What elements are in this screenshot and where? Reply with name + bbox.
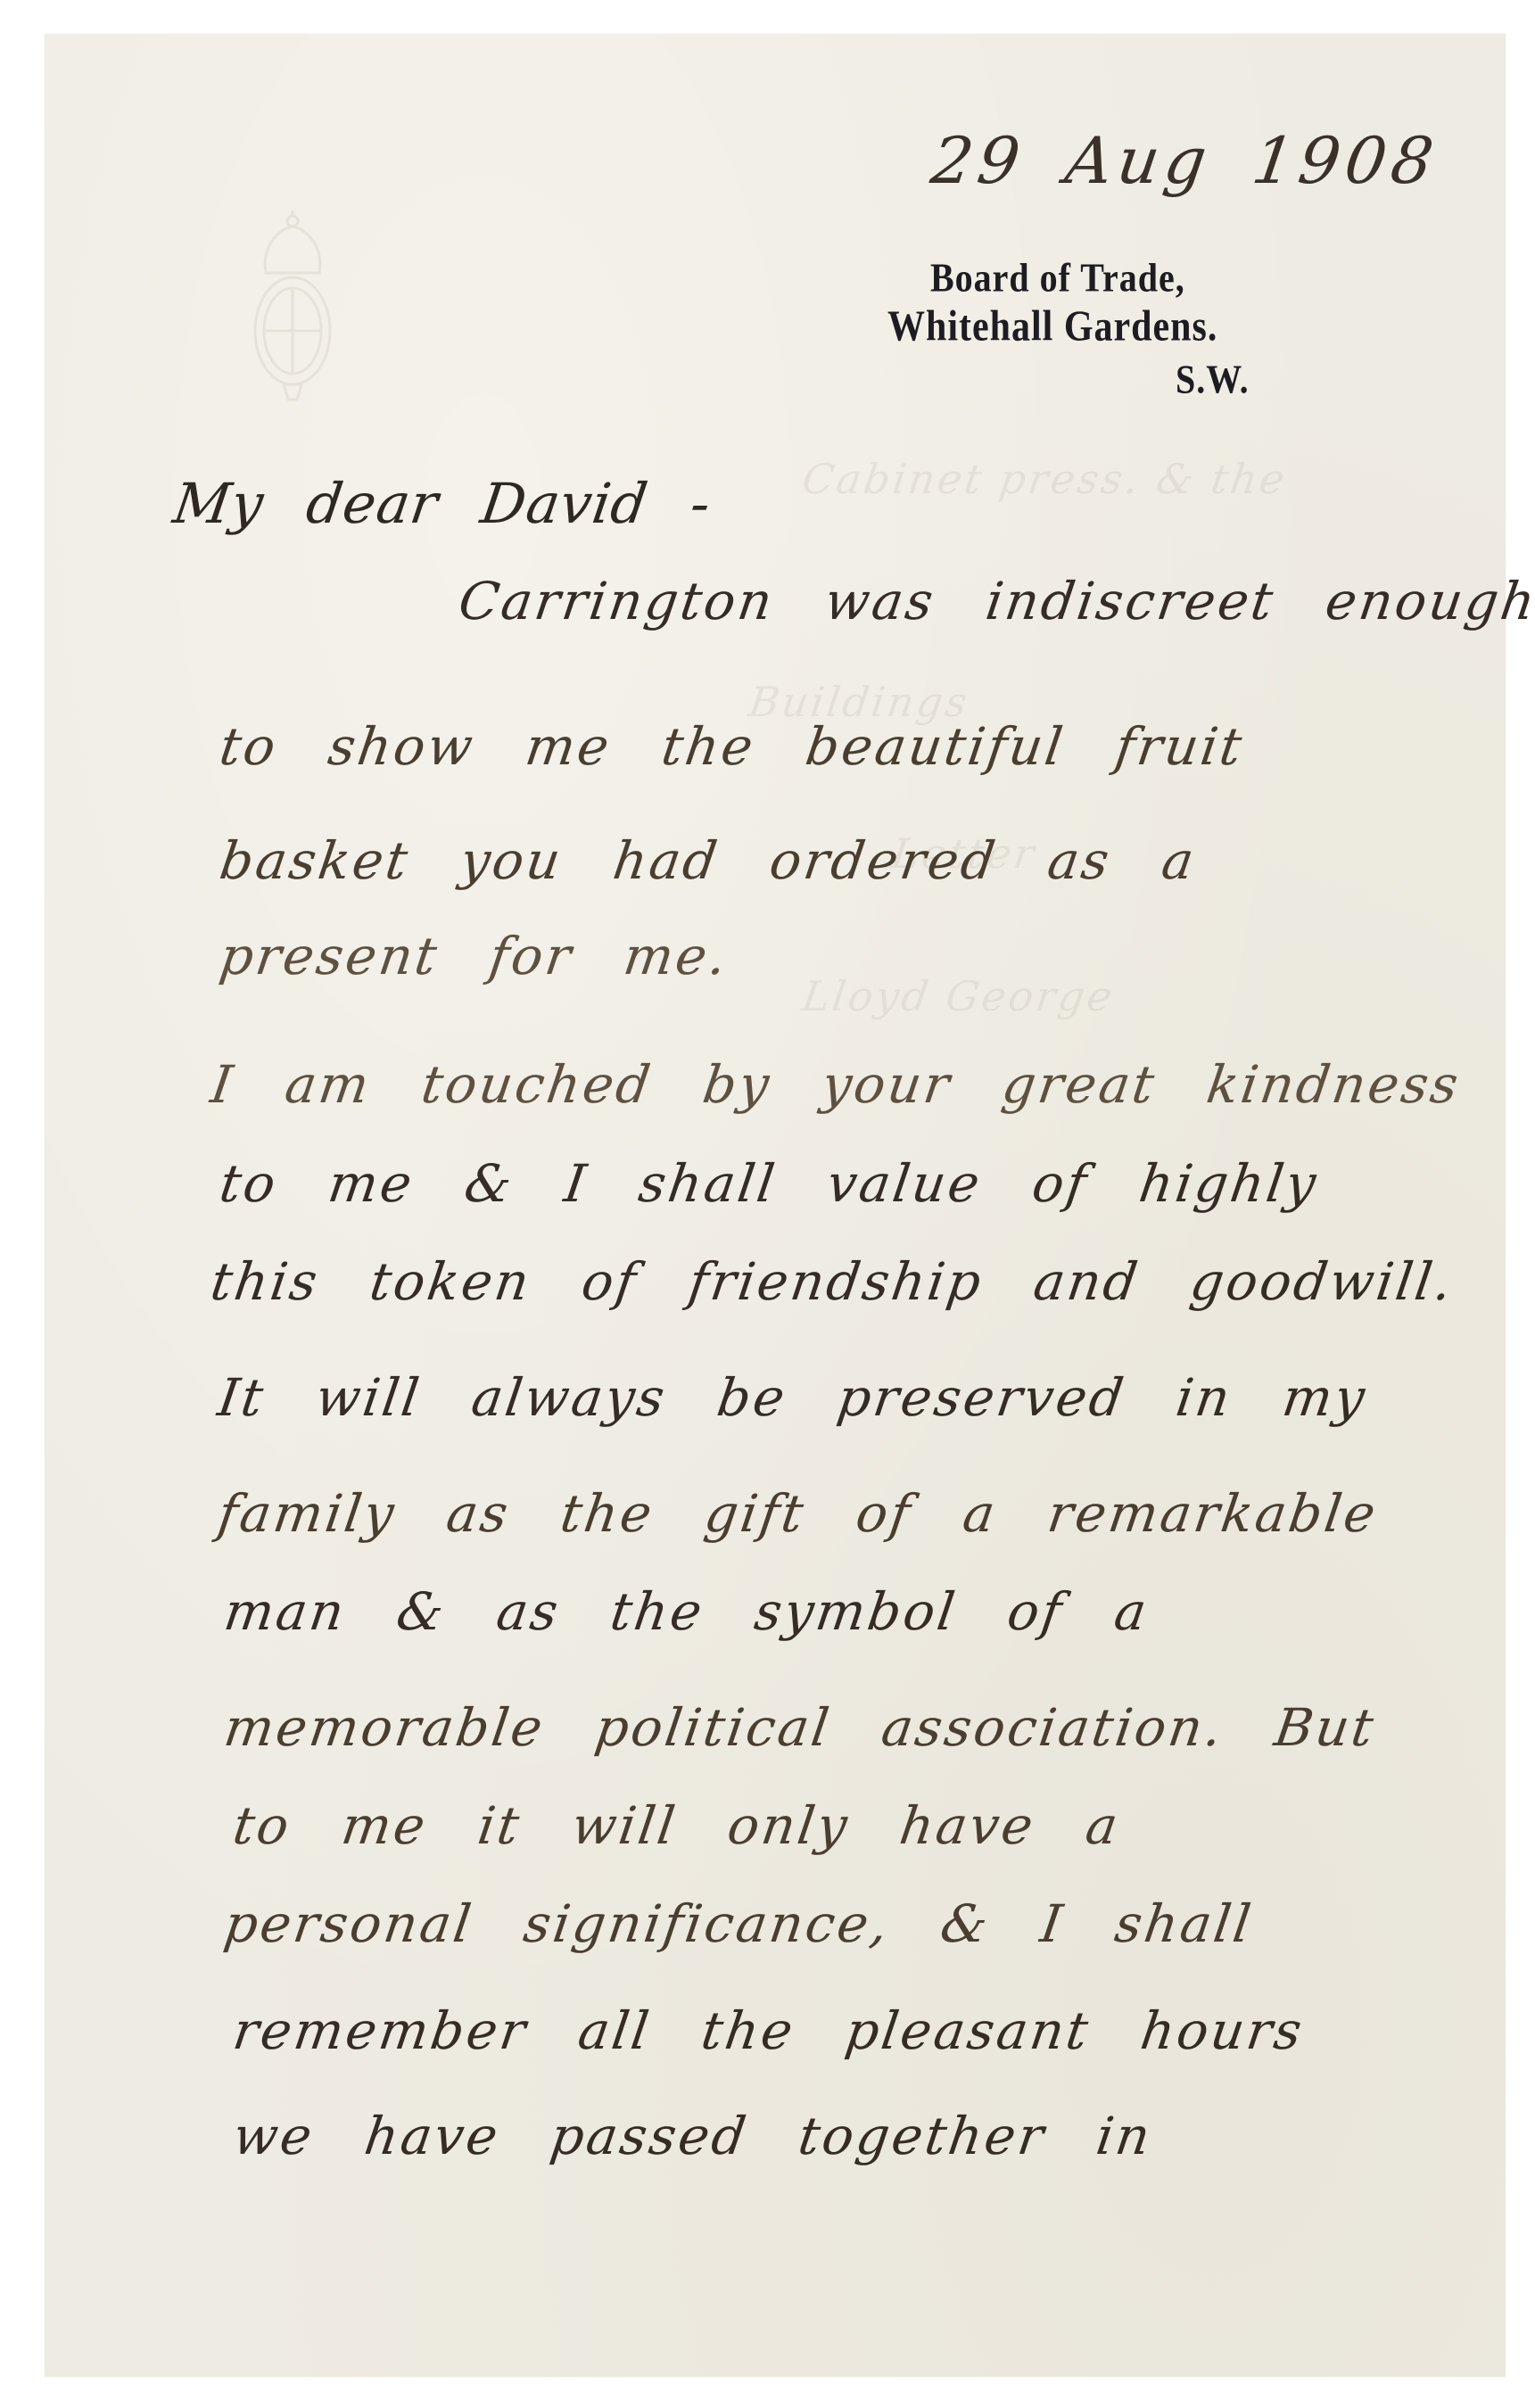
letterhead-line-2: Whitehall Gardens. bbox=[887, 302, 1217, 351]
body-line: man & as the symbol of a bbox=[221, 1586, 1152, 1637]
letterhead-line-3: S.W. bbox=[1176, 355, 1250, 403]
body-line: Carrington was indiscreet enough bbox=[456, 575, 1535, 627]
body-line: present for me. bbox=[217, 930, 732, 982]
salutation: My dear David - bbox=[169, 471, 715, 536]
body-line: we have passed together in bbox=[230, 2110, 1156, 2162]
body-line: to me it will only have a bbox=[230, 1800, 1124, 1851]
body-line: basket you had ordered as a bbox=[217, 835, 1200, 887]
bleed-through-text: Cabinet press. & the bbox=[799, 455, 1290, 503]
body-line: to me & I shall value of highly bbox=[217, 1158, 1322, 1209]
letterhead-line-1: Board of Trade, bbox=[930, 253, 1185, 301]
body-line: family as the gift of a remarkable bbox=[215, 1488, 1382, 1539]
crown-crest-icon bbox=[239, 210, 346, 407]
body-line: memorable political association. But bbox=[221, 1702, 1379, 1753]
bleed-through-text: Lloyd George bbox=[799, 972, 1118, 1020]
body-line: to show me the beautiful fruit bbox=[217, 721, 1248, 772]
body-line: this token of friendship and goodwill. bbox=[208, 1256, 1457, 1307]
body-line: remember all the pleasant hours bbox=[230, 2005, 1308, 2057]
letter-date: 29 Aug 1908 bbox=[927, 123, 1443, 198]
body-line: It will always be preserved in my bbox=[215, 1372, 1371, 1423]
body-line: I am touched by your great kindness bbox=[208, 1059, 1464, 1110]
body-line: personal significance, & I shall bbox=[221, 1898, 1257, 1950]
